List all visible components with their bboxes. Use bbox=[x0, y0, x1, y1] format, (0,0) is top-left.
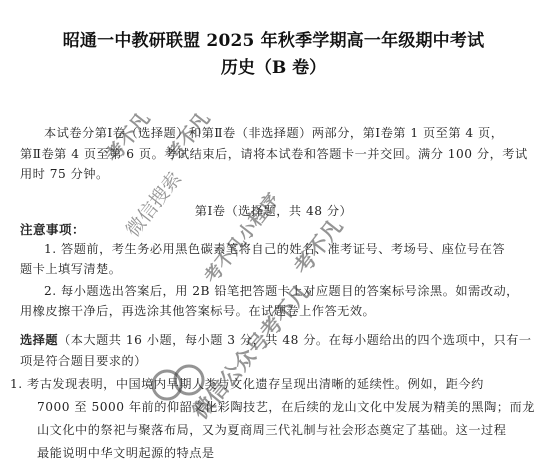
notice-line-2: 题卡上填写清楚。 bbox=[20, 260, 530, 277]
question-1-line-2: 7000 至 5000 年前的仰韶文化彩陶技艺，在后续的龙山文化中发展为精美的黑… bbox=[37, 398, 547, 415]
exam-page: 昭通一中教研联盟 2025 年秋季学期高一年级期中考试 历史（B 卷） 本试卷分… bbox=[0, 0, 547, 467]
notice-line-3: 2. 每小题选出答案后，用 2B 铅笔把答题卡上对应题目的答案标号涂黑。如需改动… bbox=[44, 282, 547, 299]
choice-section-desc-2: 项是符合题目要求的） bbox=[20, 352, 530, 369]
intro-line-2: 第Ⅱ卷第 4 页至第 6 页。考试结束后，请将本试卷和答题卡一并交回。满分 10… bbox=[20, 145, 530, 162]
section-heading: 第Ⅰ卷（选择题，共 48 分） bbox=[0, 202, 547, 219]
notice-line-1: 1. 答题前，考生务必用黑色碳素笔将自己的姓名、准考证号、考场号、座位号在答 bbox=[44, 240, 547, 257]
question-1-line-1: 1. 考古发现表明，中国境内早期人类与文化遗存呈现出清晰的延续性。例如，距今约 bbox=[10, 375, 520, 392]
choice-section-intro: 选择题（本大题共 16 小题，每小题 3 分，共 48 分。在每小题给出的四个选… bbox=[20, 331, 530, 348]
intro-line-1: 本试卷分第Ⅰ卷（选择题）和第Ⅱ卷（非选择题）两部分，第Ⅰ卷第 1 页至第 4 页… bbox=[44, 124, 547, 141]
choice-section-desc: （本大题共 16 小题，每小题 3 分，共 48 分。在每小题给出的四个选项中，… bbox=[58, 333, 532, 347]
notice-line-4: 用橡皮擦干净后，再选涂其他答案标号。在试题卷上作答无效。 bbox=[20, 302, 530, 319]
question-1-line-3: 山文化中的祭祀与聚落布局，又为夏商周三代礼制与社会形态奠定了基础。这一过程 bbox=[37, 421, 547, 438]
exam-subtitle: 历史（B 卷） bbox=[0, 53, 547, 78]
question-1-line-4: 最能说明中华文明起源的特点是 bbox=[37, 444, 547, 461]
choice-section-label: 选择题 bbox=[20, 333, 58, 347]
exam-title: 昭通一中教研联盟 2025 年秋季学期高一年级期中考试 bbox=[0, 26, 547, 51]
intro-line-3: 用时 75 分钟。 bbox=[20, 165, 530, 182]
notice-heading: 注意事项： bbox=[20, 220, 530, 238]
